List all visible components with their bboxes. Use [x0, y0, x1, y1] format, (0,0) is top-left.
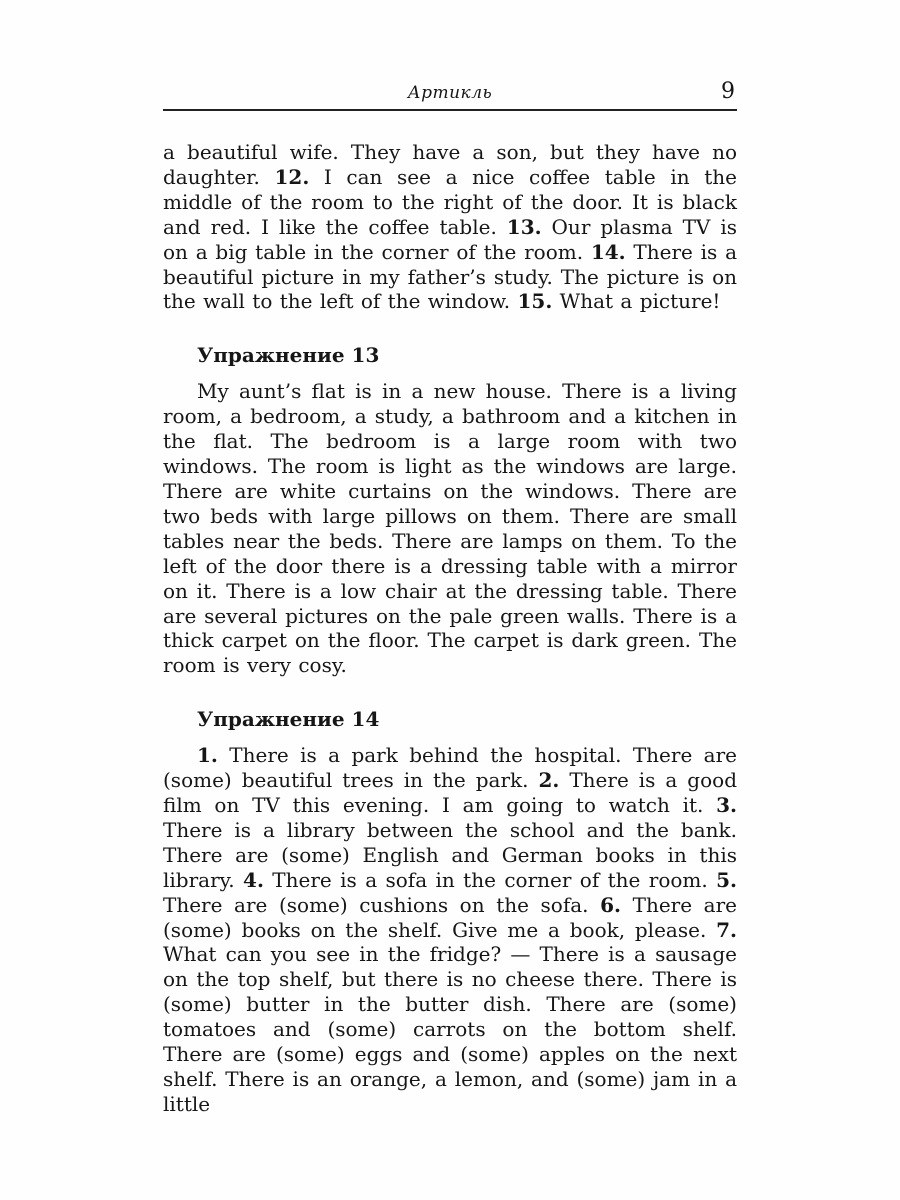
bold-item-number: 1.: [197, 743, 218, 767]
page-number: 9: [721, 80, 735, 104]
bold-item-number: 5.: [716, 868, 737, 892]
bold-item-number: 13.: [507, 215, 542, 239]
body-paragraph: a beautiful wife. They have a son, but t…: [163, 140, 737, 314]
bold-item-number: 3.: [716, 793, 737, 817]
bold-item-number: 2.: [538, 768, 559, 792]
bold-item-number: 12.: [275, 165, 310, 189]
bold-item-number: 4.: [243, 868, 264, 892]
exercise-heading: Упражнение 13: [197, 343, 737, 368]
running-head-title: Артикль: [163, 82, 737, 104]
text-run: My aunt’s flat is in a new house. There …: [163, 379, 737, 677]
running-header: Артикль 9: [163, 82, 737, 106]
text-run: There are (some) cushions on the sofa.: [163, 893, 600, 917]
book-page: Артикль 9 a beautiful wife. They have a …: [0, 0, 900, 1200]
bold-item-number: 15.: [518, 289, 553, 313]
content-column: Артикль 9 a beautiful wife. They have a …: [163, 82, 737, 1117]
text-run: There is a sofa in the corner of the roo…: [264, 868, 716, 892]
body-paragraph: My aunt’s flat is in a new house. There …: [163, 379, 737, 678]
text-run: What can you see in the fridge? — There …: [163, 942, 737, 1115]
header-rule: [163, 109, 737, 111]
bold-item-number: 14.: [591, 240, 626, 264]
page-content: a beautiful wife. They have a son, but t…: [163, 140, 737, 1117]
text-run: What a picture!: [552, 289, 720, 313]
exercise-heading: Упражнение 14: [197, 707, 737, 732]
bold-item-number: 6.: [600, 893, 621, 917]
bold-item-number: 7.: [716, 918, 737, 942]
body-paragraph: 1. There is a park behind the hospital. …: [163, 743, 737, 1117]
